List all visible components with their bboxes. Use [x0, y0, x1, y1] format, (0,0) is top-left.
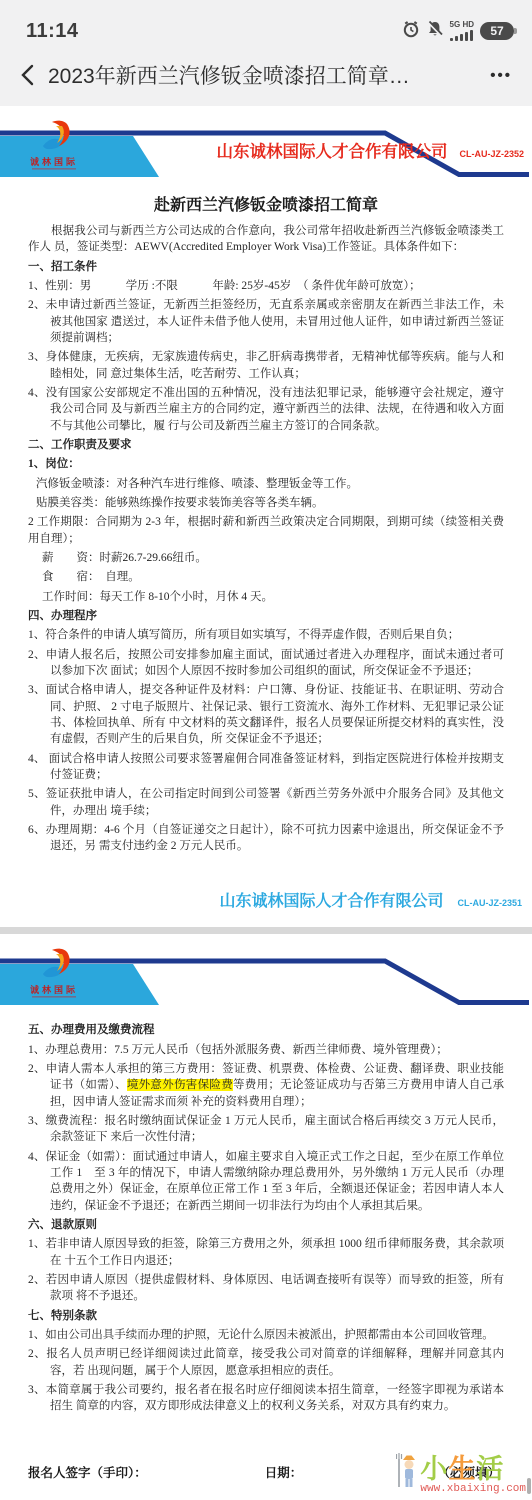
- site-watermark: 小生活 www.xbaixing.com: [396, 1451, 526, 1496]
- clock-time: 11:14: [26, 20, 79, 43]
- doc-paragraph: 根据我公司与新西兰方公司达成的合作意向，我公司常年招收赴新西兰汽修钣金喷漆类工作…: [28, 223, 504, 256]
- doc-paragraph: 3、缴费流程：报名时缴纳面试保证金 1 万元人民币，雇主面试合格后再续交 3 万…: [28, 1113, 504, 1146]
- doc-paragraph: 食 宿： 自理。: [28, 569, 504, 585]
- logo-text: 诚林国际: [30, 984, 78, 995]
- doc-paragraph: 2 工作期限：合同期为 2-3 年，根据时薪和新西兰政策决定合同期限，到期可续（…: [28, 514, 504, 547]
- doc-paragraph: 2、若因申请人原因（提供虚假材料、身体原因、电话调查接听有误等）而导致的拒签，所…: [28, 1272, 504, 1305]
- doc-paragraph: 4、没有国家公安部规定不准出国的五种情况，没有违法犯罪记录，能够遵守会社规定，遵…: [28, 385, 504, 434]
- network-type-label: 5G HD: [450, 21, 474, 29]
- status-bar: 11:14 5G HD: [0, 0, 532, 52]
- document-page-1: 诚林国际 山东诚林国际人才合作有限公司 CL-AU-JZ-2352 赴新西兰汽修…: [0, 116, 532, 911]
- doc-paragraph: 2、报名人员声明已经详细阅读过此简章，接受我公司对简章的详细解释，理解并同意其内…: [28, 1346, 504, 1379]
- section-heading: 二、工作职责及要求: [28, 437, 504, 453]
- document-body-2: 五、办理费用及缴费流程1、办理总费用：7.5 万元人民币（包括外派服务费、新西兰…: [0, 1022, 532, 1414]
- section-heading: 五、办理费用及缴费流程: [28, 1022, 504, 1038]
- doc-paragraph: 汽修钣金喷漆：对各种汽车进行维修、喷漆、整理钣金等工作。: [28, 476, 504, 492]
- doc-paragraph: 2、申请人报名后，按照公司安排参加雇主面试，面试通过者进入办理程序，面试未通过者…: [28, 647, 504, 680]
- section-heading: 1、岗位：: [28, 456, 504, 472]
- section-heading: 七、特别条款: [28, 1308, 504, 1324]
- back-icon[interactable]: [14, 62, 40, 88]
- letterhead-banner-2: 诚林国际: [0, 944, 532, 1008]
- doc-paragraph: 2、申请人需本人承担的第三方费用：签证费、机票费、体检费、公证费、翻译费、职业技…: [28, 1061, 504, 1110]
- document-title: 赴新西兰汽修钣金喷漆招工简章: [0, 192, 532, 215]
- mascot-icon: [396, 1451, 418, 1496]
- doc-paragraph: 贴膜美容类：能够熟练操作按要求装饰美容等各类车辆。: [28, 495, 504, 511]
- doc-paragraph: 工作时间：每天工作 8-10个小时，月休 4 天。: [28, 589, 504, 605]
- footer-doc-code: CL-AU-JZ-2351: [457, 898, 522, 908]
- document-body-1: 根据我公司与新西兰方公司达成的合作意向，我公司常年招收赴新西兰汽修钣金喷漆类工作…: [0, 223, 532, 854]
- watermark-brand: 小生活: [420, 1456, 504, 1483]
- company-name: 山东诚林国际人才合作有限公司: [216, 138, 447, 162]
- doc-paragraph: 4、保证金（如需）：面试通过申请人，如雇主要求自入境正式工作之日起，至少在原工作…: [28, 1149, 504, 1214]
- scrollbar[interactable]: [527, 1478, 531, 1494]
- doc-paragraph: 3、面试合格申请人，提交各种证件及材料：户口簿、身份证、技能证书、在职证明、劳动…: [28, 682, 504, 747]
- section-heading: 一、招工条件: [28, 259, 504, 275]
- signature-label: 报名人签字（手印）：: [28, 1463, 147, 1481]
- doc-paragraph: 4、 面试合格申请人按照公司要求签署雇佣合同准备签证材料，到指定医院进行体检并按…: [28, 751, 504, 784]
- top-chrome: 11:14 5G HD: [0, 0, 532, 106]
- watermark-char: 生: [448, 1454, 476, 1485]
- page-title: 2023年新西兰汽修钣金喷漆招工简章…: [48, 60, 410, 90]
- battery-percentage: 57: [490, 24, 503, 38]
- logo-text: 诚林国际: [30, 156, 78, 167]
- doc-code: CL-AU-JZ-2352: [459, 149, 524, 159]
- watermark-url: www.xbaixing.com: [420, 1483, 526, 1496]
- document-page-2: 诚林国际 五、办理费用及缴费流程1、办理总费用：7.5 万元人民币（包括外派服务…: [0, 944, 532, 1480]
- doc-paragraph: 1、符合条件的申请人填写简历，所有项目如实填写，不得弄虚作假，否则后果自负；: [28, 627, 504, 643]
- watermark-char: 小: [420, 1454, 448, 1485]
- doc-paragraph: 6、办理周期：4-6 个月（自签证递交之日起计），除不可抗力因素中途退出，所交保…: [28, 822, 504, 855]
- doc-paragraph: 1、性别：男 学历 :不限 年龄: 25岁-45岁 （ 条件优年龄可放宽）；: [28, 278, 504, 294]
- alarm-icon: [402, 20, 420, 43]
- doc-paragraph: 薪 资：时薪26.7-29.66纽币。: [28, 550, 504, 566]
- more-menu-button[interactable]: •••: [490, 67, 512, 84]
- footer-company-name: 山东诚林国际人才合作有限公司: [219, 888, 443, 911]
- doc-paragraph: 1、办理总费用：7.5 万元人民币（包括外派服务费、新西兰律师费、境外管理费）；: [28, 1042, 504, 1058]
- mute-icon: [426, 20, 444, 43]
- doc-paragraph: 1、如由公司出具手续而办理的护照，无论什么原因未被派出，护照都需由本公司回收管理…: [28, 1327, 504, 1343]
- page-footer: 山东诚林国际人才合作有限公司 CL-AU-JZ-2351: [0, 888, 532, 911]
- page-separator: [0, 927, 532, 934]
- section-heading: 六、退款原则: [28, 1217, 504, 1233]
- battery-icon: 57: [480, 22, 514, 40]
- doc-paragraph: 3、本简章属于我公司要约，报名者在报名时应仔细阅读本招生简章，一经签字即视为承诺…: [28, 1382, 504, 1415]
- watermark-char: 活: [476, 1454, 504, 1485]
- doc-paragraph: 1、若非申请人原因导致的拒签，除第三方费用之外，须承担 1000 纽币律师服务费…: [28, 1236, 504, 1269]
- signal-icon: 5G HD: [450, 21, 474, 41]
- letterhead-graphic-2: 诚林国际: [0, 944, 532, 1008]
- nav-bar: 2023年新西兰汽修钣金喷漆招工简章… •••: [0, 52, 532, 106]
- section-heading: 四、办理程序: [28, 608, 504, 624]
- doc-paragraph: 2、未申请过新西兰签证，无新西兰拒签经历，无直系亲属或亲密朋友在新西兰非法工作，…: [28, 297, 504, 346]
- letterhead-banner: 诚林国际 山东诚林国际人才合作有限公司 CL-AU-JZ-2352: [0, 116, 532, 180]
- doc-paragraph: 5、签证获批申请人，在公司指定时间到公司签署《新西兰劳务外派中介服务合同》及其他…: [28, 786, 504, 819]
- doc-paragraph: 3、身体健康，无疾病，无家族遗传病史，非乙肝病毒携带者，无精神忧郁等疾病。能与人…: [28, 349, 504, 382]
- date-label: 日期：: [265, 1463, 303, 1481]
